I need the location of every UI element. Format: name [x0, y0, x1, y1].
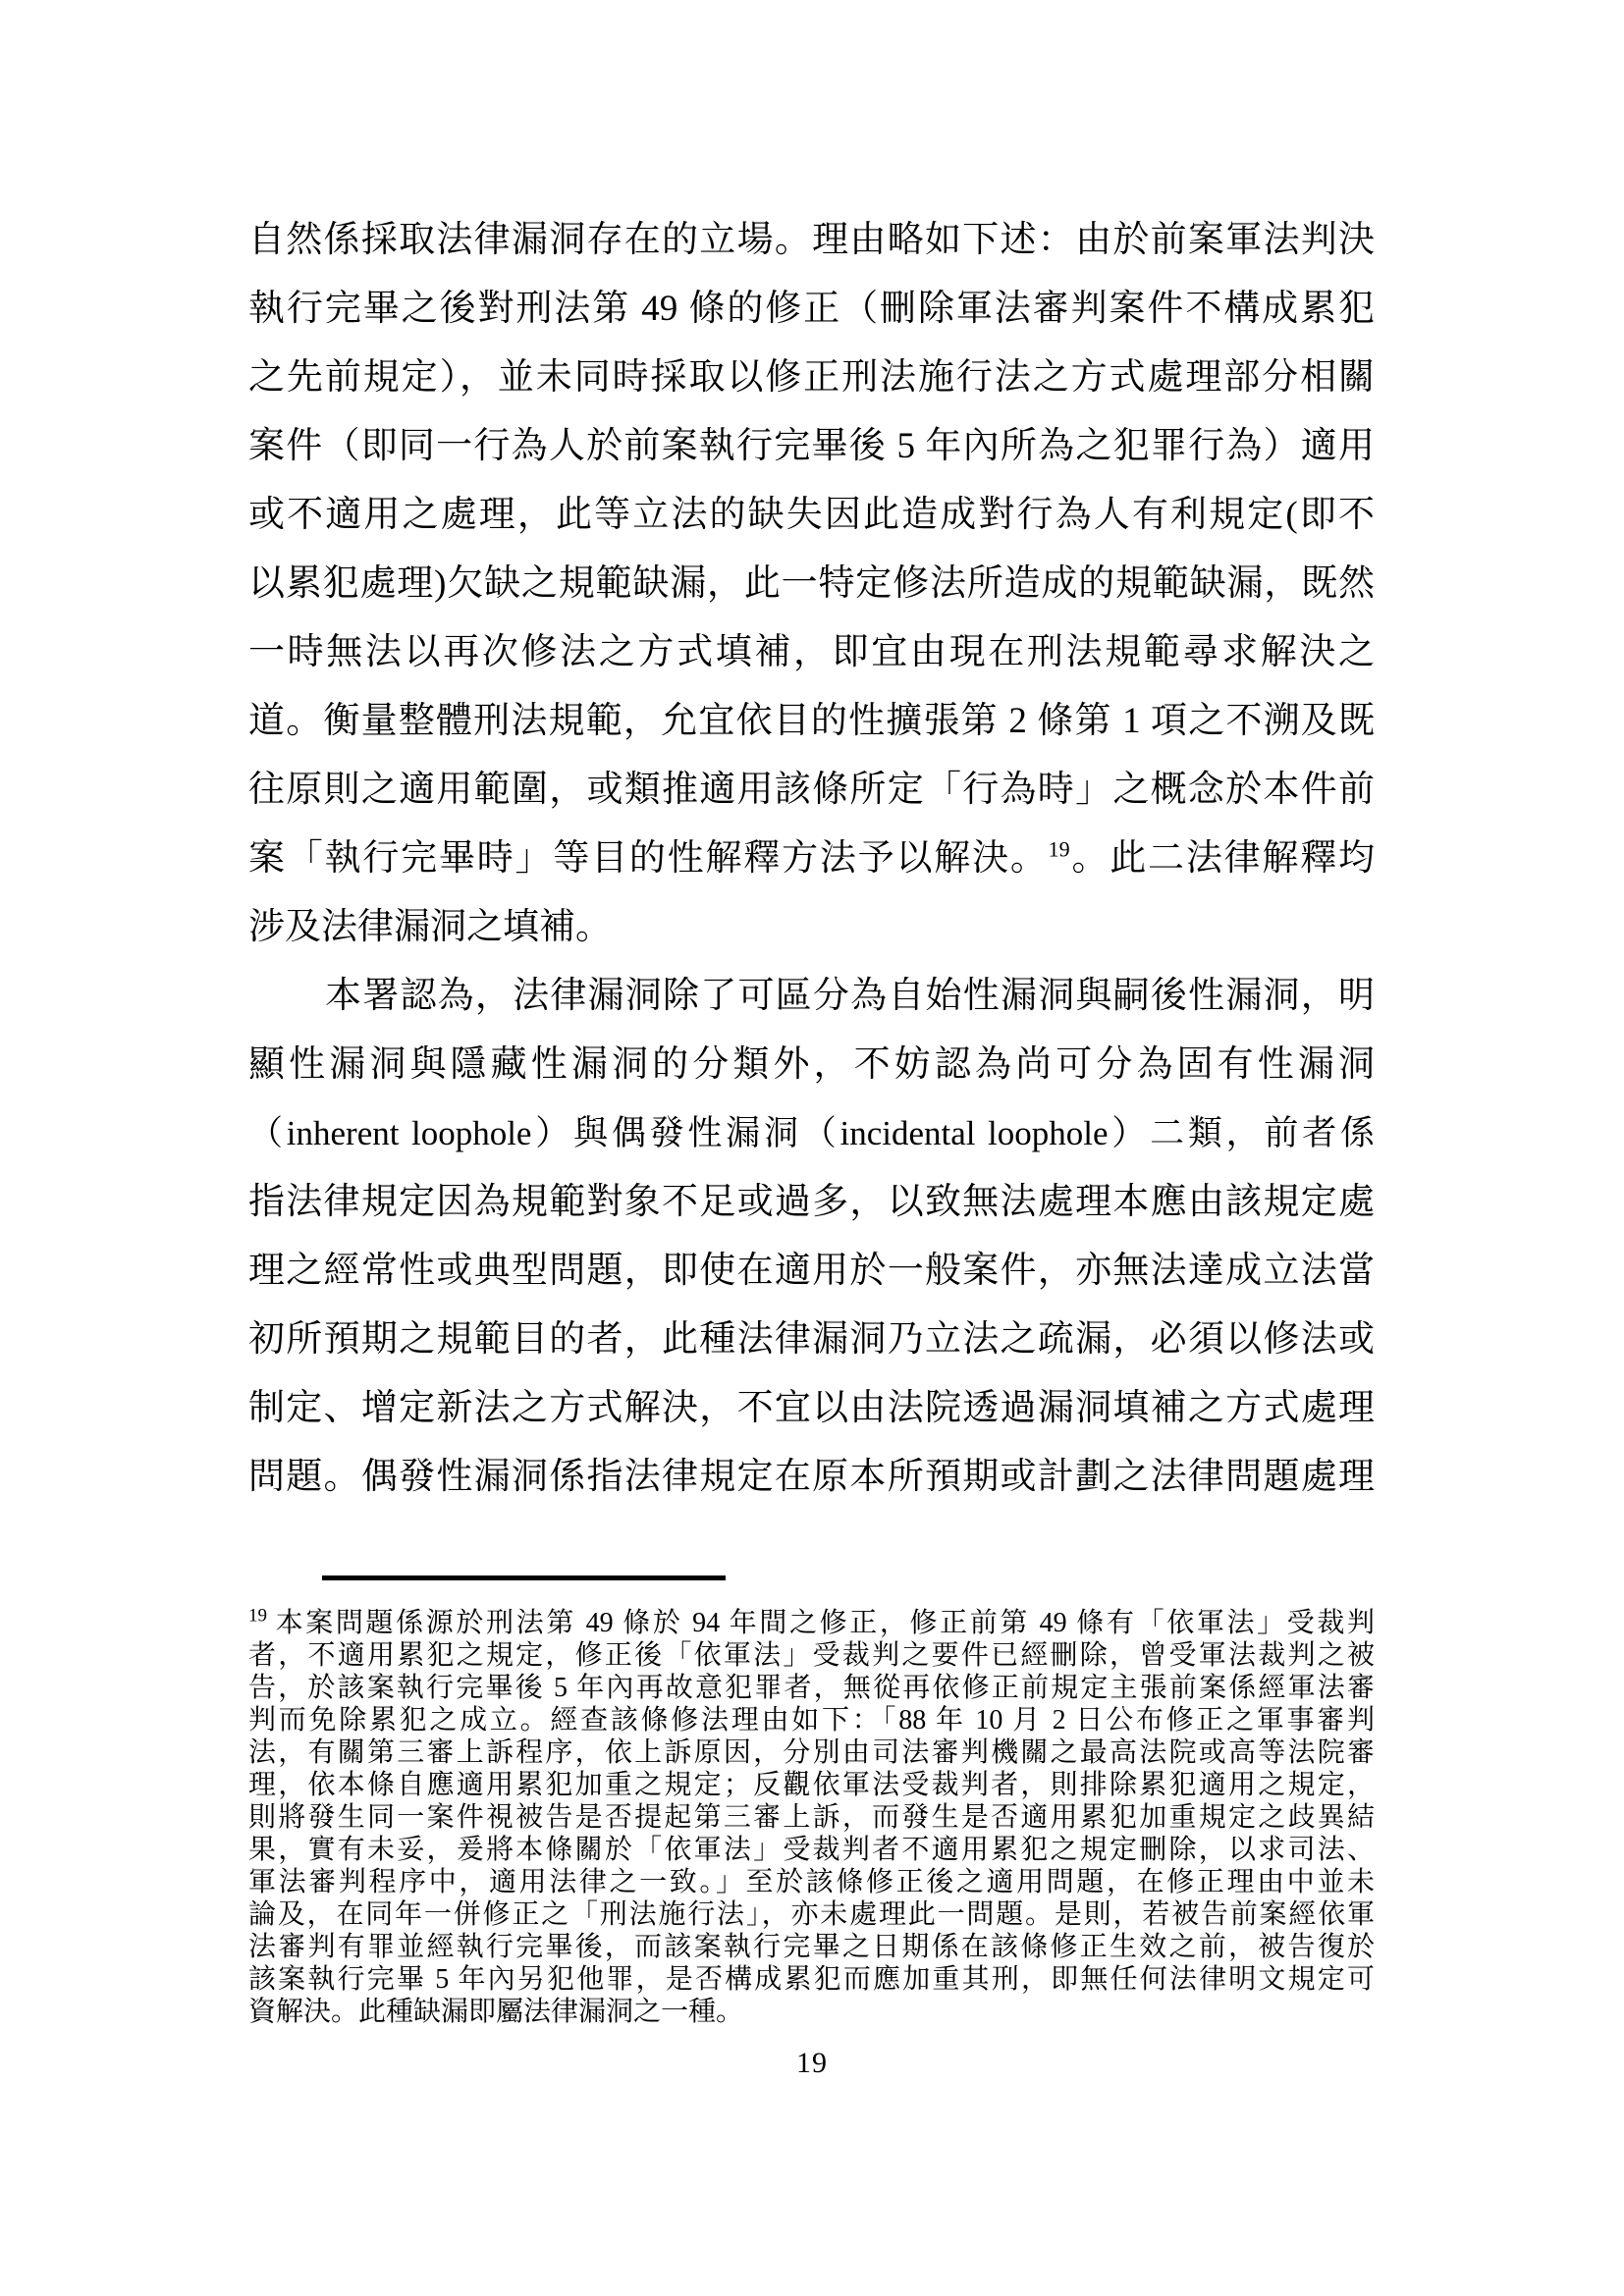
body-line: 初所預期之規範目的者，此種法律漏洞乃立法之疏漏，必須以修法或: [248, 1306, 1375, 1374]
footnote-line: 告，於該案執行完畢後 5 年內再故意犯罪者，無從再依修正前規定主張前案係經軍法審: [248, 1672, 1375, 1704]
footnote-line: 者，不適用累犯之規定，修正後「依軍法」受裁判之要件已經刪除，曾受軍法裁判之被: [248, 1639, 1375, 1672]
page-number: 19: [0, 2047, 1624, 2080]
footnote-line: 理，依本條自應適用累犯加重之規定；反觀依軍法受裁判者，則排除累犯適用之規定，: [248, 1769, 1375, 1801]
document-page: 自然係採取法律漏洞存在的立場。理由略如下述：由於前案軍法判決 執行完畢之後對刑法…: [0, 0, 1624, 2296]
footnote-line: 判而免除累犯之成立。經查該條修法理由如下：「88 年 10 月 2 日公布修正之…: [248, 1704, 1375, 1736]
body-line: 指法律規定因為規範對象不足或過多，以致無法處理本應由該規定處: [248, 1168, 1375, 1237]
footnote-line: 軍法審判程序中，適用法律之一致。」至於該條修正後之適用問題，在修正理由中並未: [248, 1866, 1375, 1898]
footnote-block: 19本案問題係源於刑法第 49 條於 94 年間之修正，修正前第 49 條有「依…: [248, 1607, 1375, 2028]
footnote-last-line: 資解決。此種缺漏即屬法律漏洞之一種。: [248, 1996, 1375, 2028]
footnote-first-line: 19本案問題係源於刑法第 49 條於 94 年間之修正，修正前第 49 條有「依…: [248, 1607, 1375, 1639]
footnote-line: 論及，在同年一併修正之「刑法施行法」，亦未處理此一問題。是則，若被告前案經依軍: [248, 1898, 1375, 1931]
body-line: 或不適用之處理，此等立法的缺失因此造成對行為人有利規定(即不: [248, 481, 1375, 550]
main-text-block: 自然係採取法律漏洞存在的立場。理由略如下述：由於前案軍法判決 執行完畢之後對刑法…: [248, 206, 1375, 1512]
body-line: （inherent loophole）與偶發性漏洞（incidental loo…: [248, 1099, 1375, 1168]
body-line: 往原則之適用範圍，或類推適用該條所定「行為時」之概念於本件前: [248, 756, 1375, 825]
body-line: 制定、增定新法之方式解決，不宜以由法院透過漏洞填補之方式處理: [248, 1374, 1375, 1443]
footnote-number-mark: 19: [248, 1606, 267, 1627]
footnote-line: 果，實有未妥，爰將本條關於「依軍法」受裁判者不適用累犯之規定刪除，以求司法、: [248, 1834, 1375, 1866]
body-line: 理之經常性或典型問題，即使在適用於一般案件，亦無法達成立法當: [248, 1237, 1375, 1306]
body-line: 道。衡量整體刑法規範，允宜依目的性擴張第 2 條第 1 項之不溯及既: [248, 687, 1375, 756]
body-line: 之先前規定），並未同時採取以修正刑法施行法之方式處理部分相關: [248, 344, 1375, 412]
body-line-with-footnote-ref: 案「執行完畢時」等目的性解釋方法予以解決。19。此二法律解釋均: [248, 825, 1375, 893]
footnote-separator-rule: [322, 1575, 726, 1580]
footnote-line: 該案執行完畢 5 年內另犯他罪，是否構成累犯而應加重其刑，即無任何法律明文規定可: [248, 1963, 1375, 1996]
body-line: 自然係採取法律漏洞存在的立場。理由略如下述：由於前案軍法判決: [248, 206, 1375, 275]
footnote-text-segment: 本案問題係源於刑法第 49 條於 94 年間之修正，修正前第 49 條有「依軍法…: [273, 1608, 1375, 1638]
body-line: 執行完畢之後對刑法第 49 條的修正（刪除軍法審判案件不構成累犯: [248, 275, 1375, 344]
body-line: 問題。偶發性漏洞係指法律規定在原本所預期或計劃之法律問題處理: [248, 1443, 1375, 1512]
body-line: 一時無法以再次修法之方式填補，即宜由現在刑法規範尋求解決之: [248, 618, 1375, 687]
text-segment: 案「執行完畢時」等目的性解釋方法予以解決。: [248, 838, 1049, 879]
footnote-line: 法，有關第三審上訴程序，依上訴原因，分別由司法審判機關之最高法院或高等法院審: [248, 1736, 1375, 1769]
footnote-reference-mark: 19: [1049, 837, 1070, 862]
body-line-paragraph-start: 本署認為，法律漏洞除了可區分為自始性漏洞與嗣後性漏洞，明: [248, 962, 1375, 1031]
body-line: 顯性漏洞與隱藏性漏洞的分類外，不妨認為尚可分為固有性漏洞: [248, 1031, 1375, 1099]
footnote-line: 法審判有罪並經執行完畢後，而該案執行完畢之日期係在該條修正生效之前，被告復於: [248, 1931, 1375, 1963]
body-line: 案件（即同一行為人於前案執行完畢後 5 年內所為之犯罪行為）適用: [248, 412, 1375, 481]
body-line: 以累犯處理)欠缺之規範缺漏，此一特定修法所造成的規範缺漏，既然: [248, 550, 1375, 618]
footnote-line: 則將發生同一案件視被告是否提起第三審上訴，而發生是否適用累犯加重規定之歧異結: [248, 1801, 1375, 1834]
text-segment: 。此二法律解釋均: [1070, 838, 1375, 879]
body-line-paragraph-end: 涉及法律漏洞之填補。: [248, 893, 1375, 962]
